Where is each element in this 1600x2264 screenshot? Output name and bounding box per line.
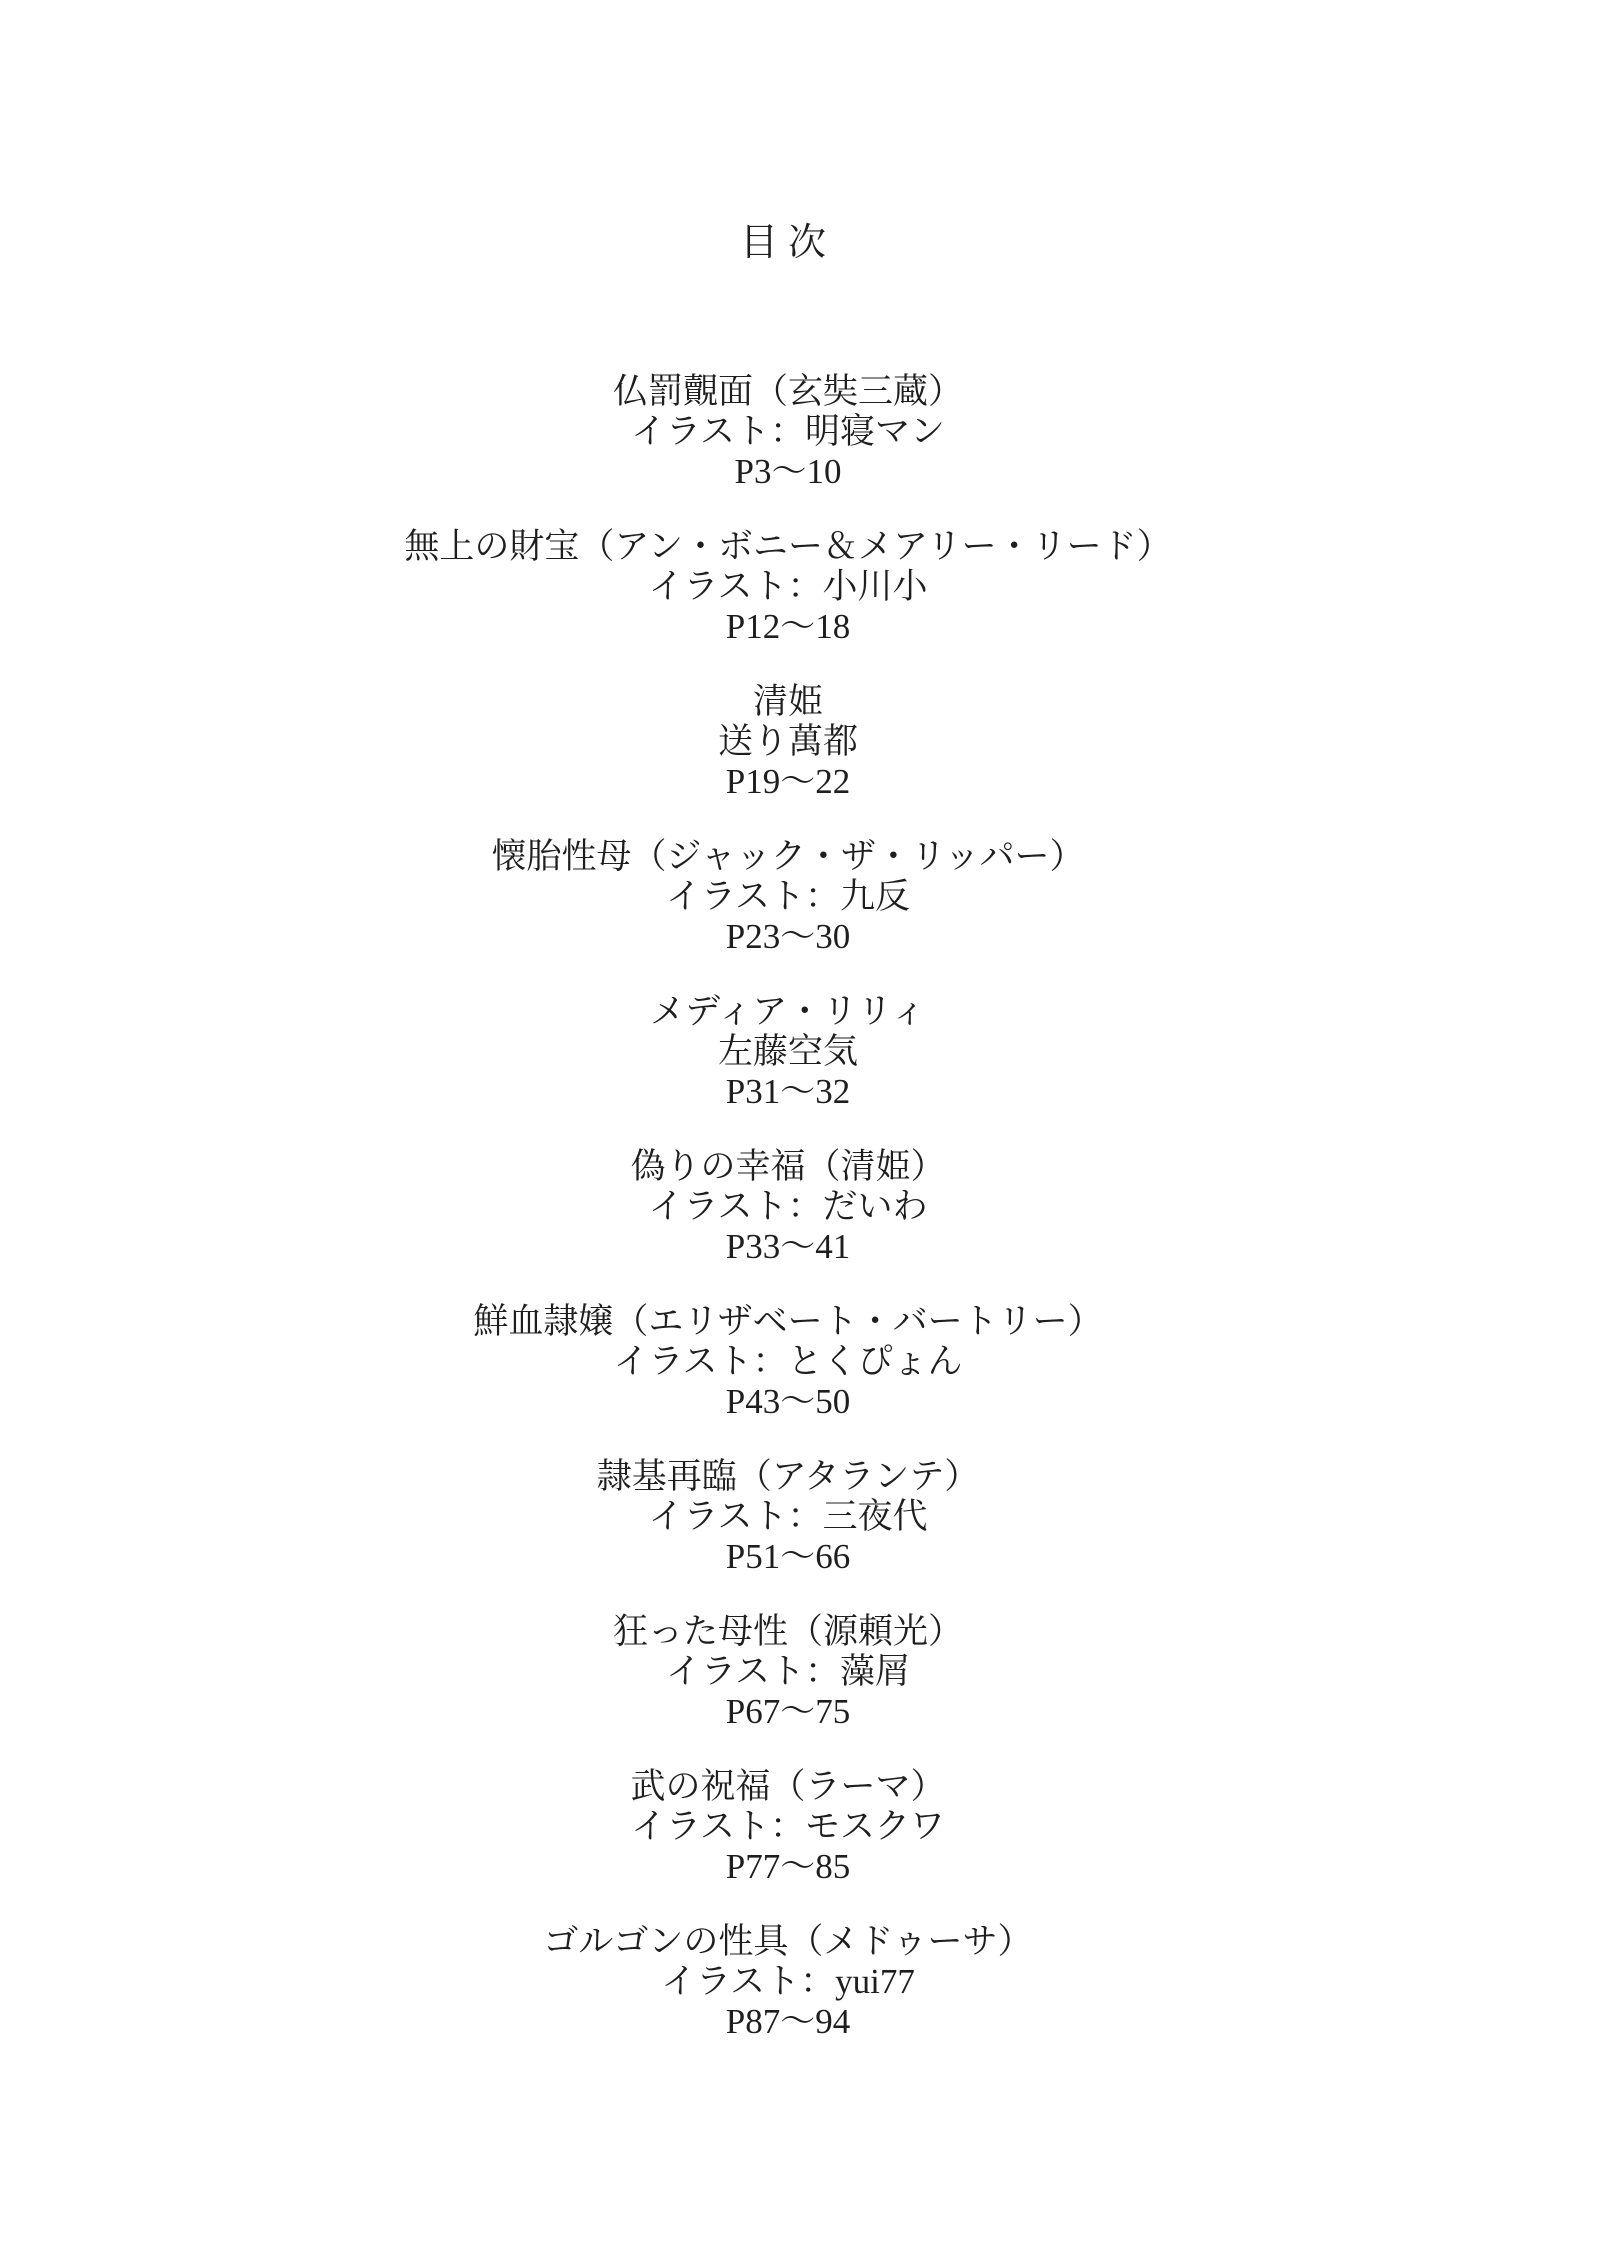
toc-entry: 仏罰覿面（玄奘三蔵） イラスト：明寝マン P3～10 xyxy=(0,372,1576,492)
toc-entry: 鮮血隷嬢（エリザベート・バートリー） イラスト：とくぴょん P43～50 xyxy=(0,1302,1576,1422)
entry-pages: P77～85 xyxy=(0,1847,1576,1887)
toc-entry: 隷基再臨（アタランテ） イラスト：三夜代 P51～66 xyxy=(0,1457,1576,1577)
entry-credit: イラスト：小川小 xyxy=(0,567,1576,607)
toc-entry: ゴルゴンの性具（メドゥーサ） イラスト：yui77 P87～94 xyxy=(0,1922,1576,2042)
entry-pages: P67～75 xyxy=(0,1692,1576,1732)
toc-entry: 偽りの幸福（清姫） イラスト：だいわ P33～41 xyxy=(0,1147,1576,1267)
entry-credit: イラスト：とくぴょん xyxy=(0,1342,1576,1382)
entry-credit: イラスト：三夜代 xyxy=(0,1497,1576,1537)
toc-entry: 狂った母性（源頼光） イラスト：藻屑 P67～75 xyxy=(0,1612,1576,1732)
entry-credit: イラスト：明寝マン xyxy=(0,412,1576,452)
entry-pages: P87～94 xyxy=(0,2002,1576,2042)
toc-entry: メディア・リリィ 左藤空気 P31～32 xyxy=(0,992,1576,1112)
entry-title: ゴルゴンの性具（メドゥーサ） xyxy=(0,1922,1576,1962)
entry-title: メディア・リリィ xyxy=(0,992,1576,1032)
toc-entry: 懐胎性母（ジャック・ザ・リッパー） イラスト：九反 P23～30 xyxy=(0,837,1576,957)
entry-pages: P31～32 xyxy=(0,1072,1576,1112)
toc-entry: 無上の財宝（アン・ボニー＆メアリー・リード） イラスト：小川小 P12～18 xyxy=(0,527,1576,647)
entry-pages: P33～41 xyxy=(0,1227,1576,1267)
entry-pages: P23～30 xyxy=(0,917,1576,957)
entry-pages: P12～18 xyxy=(0,607,1576,647)
entry-credit: イラスト：藻屑 xyxy=(0,1652,1576,1692)
entry-title: 狂った母性（源頼光） xyxy=(0,1612,1576,1652)
entry-credit: イラスト：yui77 xyxy=(0,1962,1576,2002)
toc-entry: 清姫 送り萬都 P19～22 xyxy=(0,682,1576,802)
entry-pages: P3～10 xyxy=(0,452,1576,492)
entry-credit: イラスト：九反 xyxy=(0,877,1576,917)
entry-title: 無上の財宝（アン・ボニー＆メアリー・リード） xyxy=(0,527,1576,567)
entry-title: 偽りの幸福（清姫） xyxy=(0,1147,1576,1187)
toc-page: 目次 仏罰覿面（玄奘三蔵） イラスト：明寝マン P3～10 無上の財宝（アン・ボ… xyxy=(0,0,1600,2264)
entry-pages: P43～50 xyxy=(0,1382,1576,1422)
entry-credit: イラスト：モスクワ xyxy=(0,1807,1576,1847)
page-title: 目次 xyxy=(0,222,1576,264)
toc-entry-list: 仏罰覿面（玄奘三蔵） イラスト：明寝マン P3～10 無上の財宝（アン・ボニー＆… xyxy=(0,372,1576,2042)
entry-title: 清姫 xyxy=(0,682,1576,722)
toc-entry: 武の祝福（ラーマ） イラスト：モスクワ P77～85 xyxy=(0,1767,1576,1887)
entry-pages: P19～22 xyxy=(0,762,1576,802)
entry-title: 懐胎性母（ジャック・ザ・リッパー） xyxy=(0,837,1576,877)
entry-title: 武の祝福（ラーマ） xyxy=(0,1767,1576,1807)
entry-credit: 左藤空気 xyxy=(0,1032,1576,1072)
entry-title: 隷基再臨（アタランテ） xyxy=(0,1457,1576,1497)
entry-credit: イラスト：だいわ xyxy=(0,1187,1576,1227)
entry-credit: 送り萬都 xyxy=(0,722,1576,762)
toc-content: 目次 仏罰覿面（玄奘三蔵） イラスト：明寝マン P3～10 無上の財宝（アン・ボ… xyxy=(0,0,1576,2264)
entry-pages: P51～66 xyxy=(0,1537,1576,1577)
entry-title: 仏罰覿面（玄奘三蔵） xyxy=(0,372,1576,412)
entry-title: 鮮血隷嬢（エリザベート・バートリー） xyxy=(0,1302,1576,1342)
